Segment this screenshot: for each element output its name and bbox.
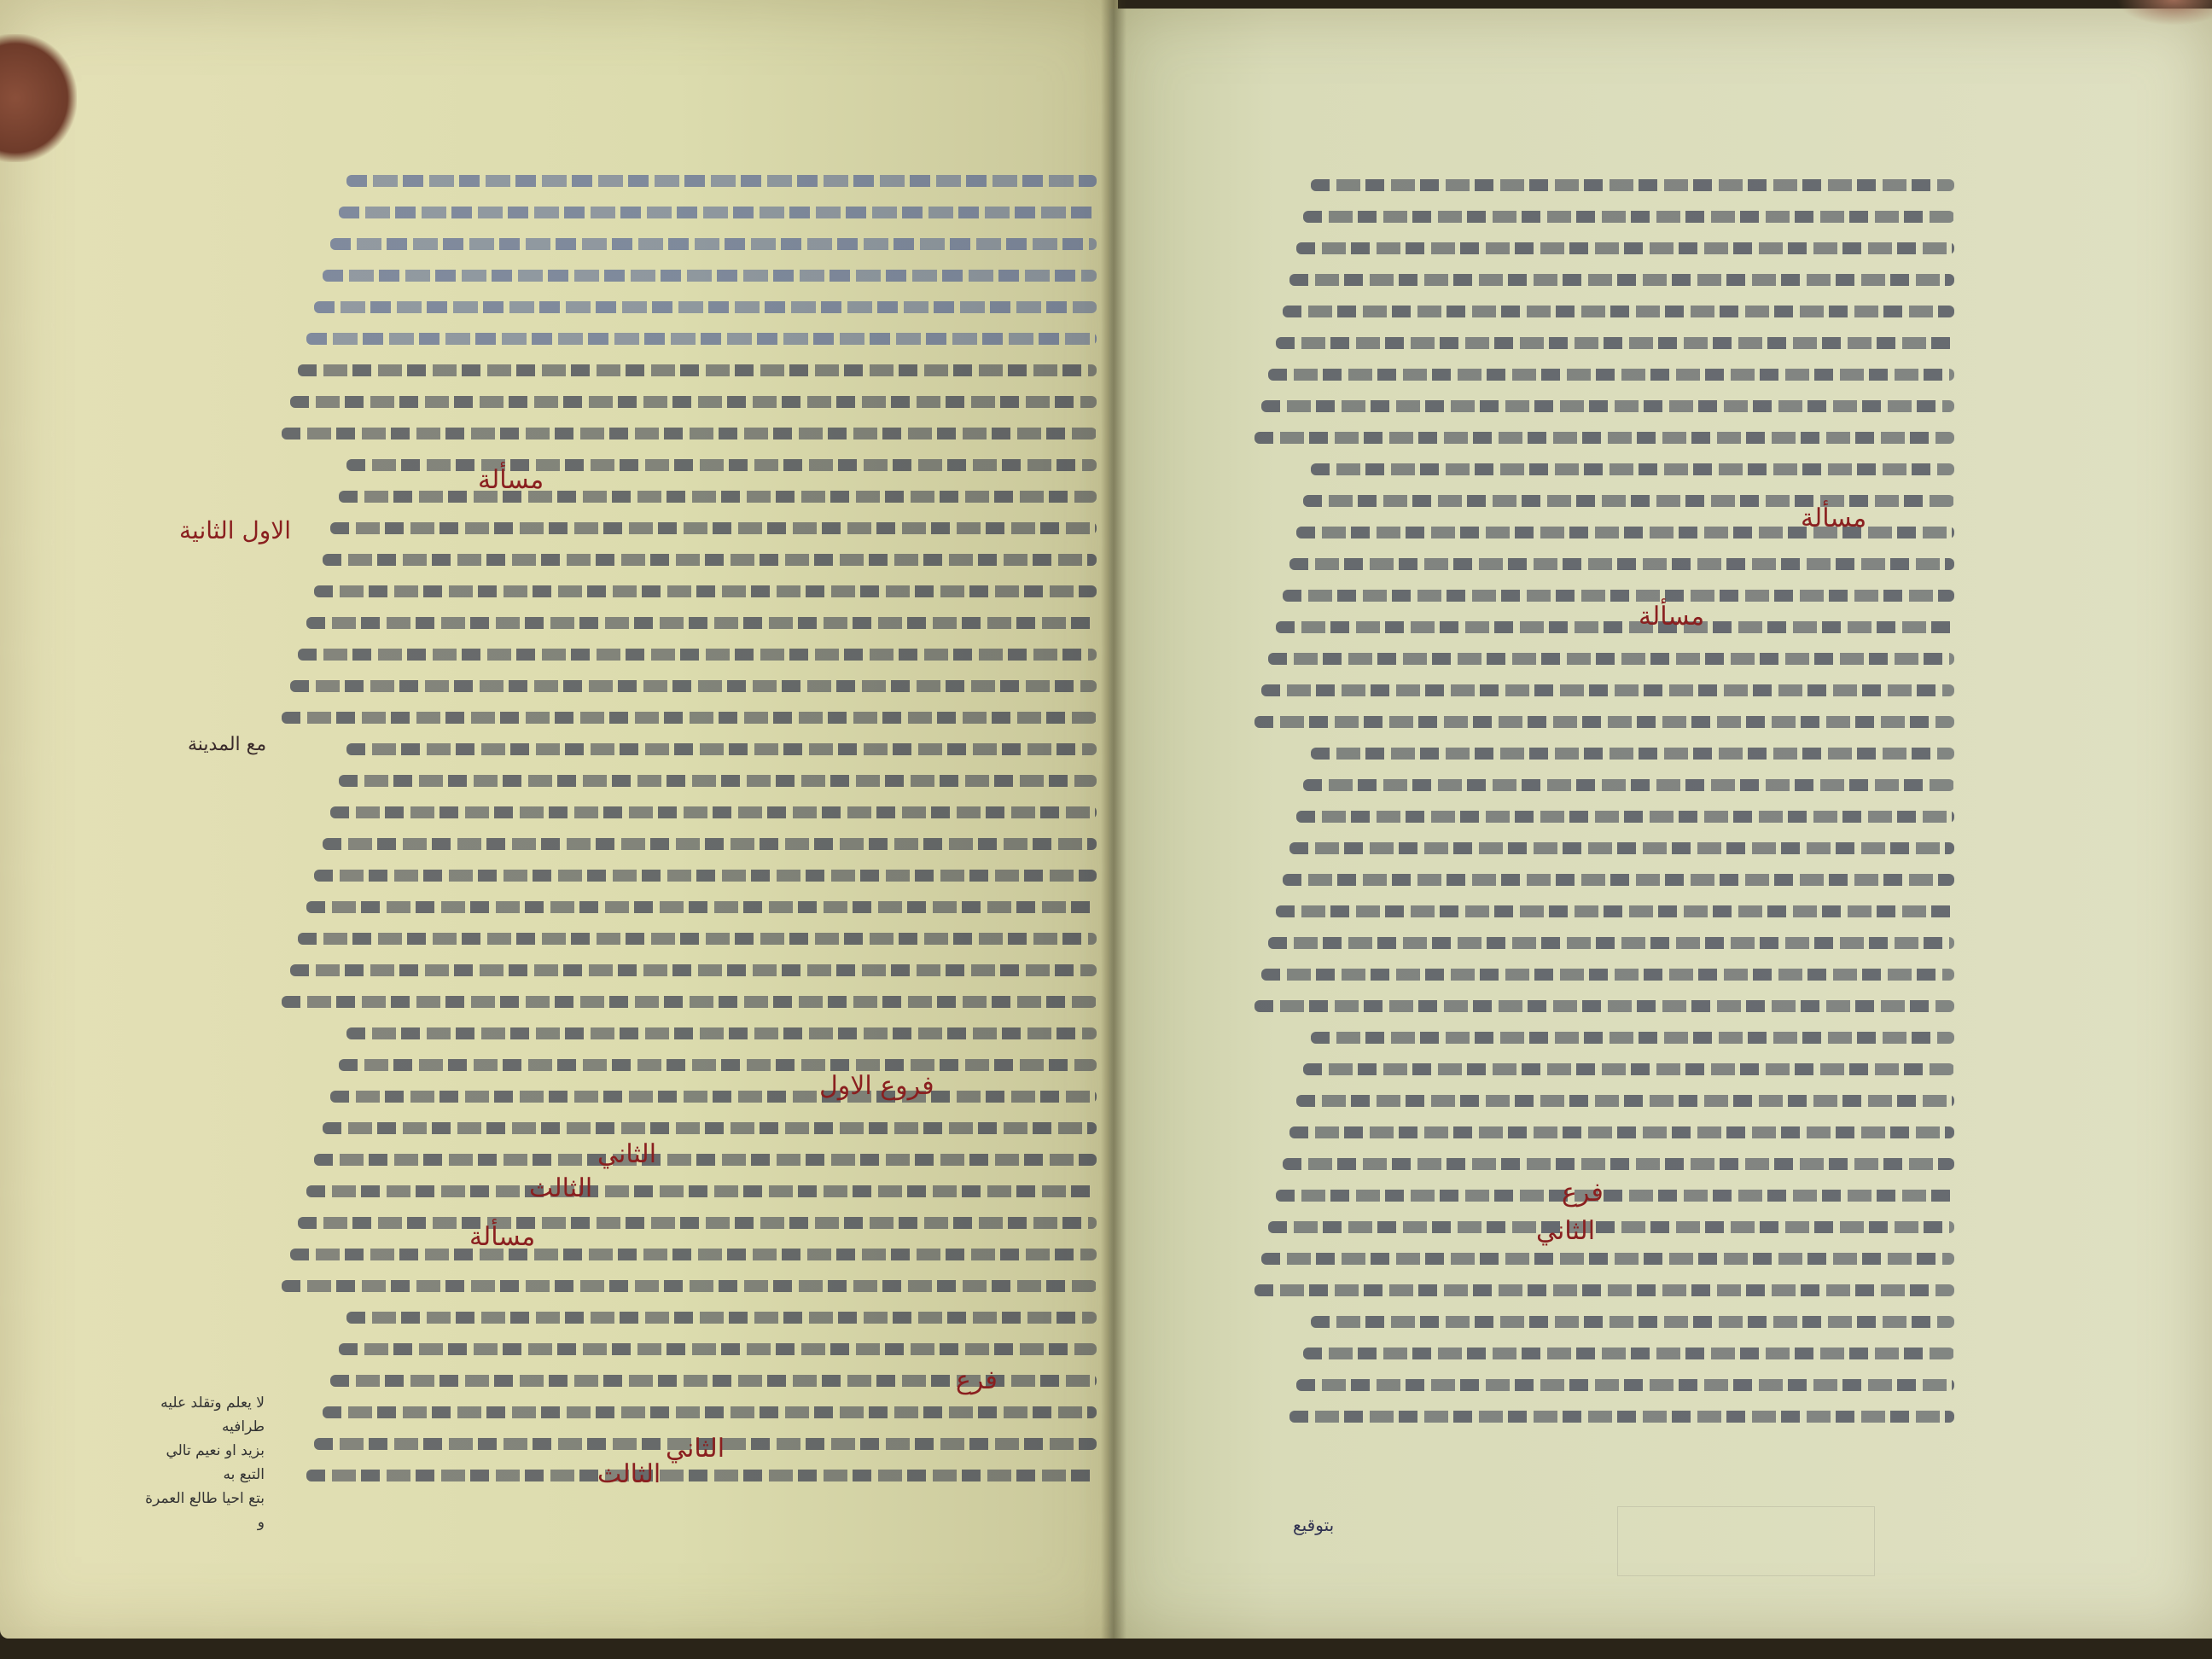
text-line bbox=[1254, 1000, 1954, 1012]
text-line bbox=[330, 238, 1097, 250]
margin-note-rubric: الاول الثانية bbox=[179, 516, 291, 544]
text-line bbox=[1311, 1032, 1954, 1044]
text-line bbox=[1311, 463, 1954, 475]
text-line bbox=[346, 459, 1097, 471]
text-line bbox=[306, 333, 1097, 345]
rubric-heading: فروع الاول bbox=[819, 1071, 934, 1101]
text-line bbox=[290, 1249, 1097, 1260]
text-line bbox=[1276, 905, 1954, 917]
text-line bbox=[1311, 748, 1954, 760]
text-line bbox=[1254, 1284, 1954, 1296]
text-line bbox=[282, 1280, 1097, 1292]
text-line bbox=[1261, 400, 1954, 412]
text-line bbox=[298, 364, 1097, 376]
text-line bbox=[314, 1154, 1097, 1166]
text-line bbox=[306, 901, 1097, 913]
text-line bbox=[1311, 1316, 1954, 1328]
margin-note-line: بتع احيا طالع العمرة و bbox=[145, 1487, 265, 1534]
rubric-heading: مسألة bbox=[469, 1222, 535, 1252]
right-page-text-block bbox=[1254, 179, 1954, 1459]
text-line bbox=[1254, 432, 1954, 444]
rubric-heading: مسألة bbox=[478, 465, 544, 495]
text-line bbox=[323, 270, 1097, 282]
text-line bbox=[1276, 337, 1954, 349]
text-line bbox=[1261, 1253, 1954, 1265]
text-line bbox=[1276, 621, 1954, 633]
text-line bbox=[1289, 1411, 1954, 1423]
rubric-heading: الثالث bbox=[597, 1459, 661, 1489]
text-line bbox=[290, 396, 1097, 408]
text-line bbox=[314, 585, 1097, 597]
text-line bbox=[314, 870, 1097, 882]
rubric-heading: فرع bbox=[956, 1365, 998, 1395]
text-line bbox=[330, 522, 1097, 534]
text-line bbox=[298, 649, 1097, 661]
rubric-heading: الثالث bbox=[529, 1173, 592, 1203]
margin-note: مع المدينة bbox=[188, 734, 266, 755]
text-line bbox=[346, 175, 1097, 187]
text-line bbox=[339, 491, 1097, 503]
text-line bbox=[339, 1343, 1097, 1355]
rubric-heading: مسألة bbox=[1639, 602, 1704, 632]
catchword: بتوقيع bbox=[1293, 1515, 1334, 1535]
text-line bbox=[1296, 1379, 1954, 1391]
margin-note-line: بزيد او نعيم تالي التبع به bbox=[145, 1439, 265, 1487]
text-line bbox=[1254, 716, 1954, 728]
text-line bbox=[1303, 1063, 1954, 1075]
text-line bbox=[1289, 1126, 1954, 1138]
book-gutter bbox=[1101, 0, 1126, 1639]
rubric-heading: الثاني bbox=[1536, 1216, 1595, 1246]
text-line bbox=[1283, 874, 1954, 886]
text-line bbox=[346, 1027, 1097, 1039]
text-line bbox=[290, 964, 1097, 976]
text-line bbox=[314, 301, 1097, 313]
text-line bbox=[1311, 179, 1954, 191]
text-line bbox=[1261, 969, 1954, 981]
text-line bbox=[346, 1312, 1097, 1324]
text-line bbox=[1296, 242, 1954, 254]
text-line bbox=[1268, 369, 1954, 381]
faint-stamp-area bbox=[1617, 1506, 1875, 1576]
text-line bbox=[339, 775, 1097, 787]
rubric-heading: فرع bbox=[1562, 1178, 1604, 1208]
text-line bbox=[323, 1406, 1097, 1418]
text-line bbox=[1261, 684, 1954, 696]
text-line bbox=[282, 428, 1097, 439]
text-line bbox=[1296, 1095, 1954, 1107]
text-line bbox=[1303, 779, 1954, 791]
text-line bbox=[1268, 937, 1954, 949]
rubric-heading: الثاني bbox=[597, 1139, 656, 1169]
text-line bbox=[1283, 1158, 1954, 1170]
text-line bbox=[1303, 1348, 1954, 1359]
left-page-text-block bbox=[282, 175, 1097, 1515]
text-line bbox=[1283, 306, 1954, 317]
text-line bbox=[323, 1122, 1097, 1134]
text-line bbox=[1289, 558, 1954, 570]
text-line bbox=[282, 712, 1097, 724]
text-line bbox=[339, 207, 1097, 218]
text-line bbox=[323, 838, 1097, 850]
text-line bbox=[330, 1091, 1097, 1103]
text-line bbox=[1289, 274, 1954, 286]
rubric-heading: الثاني bbox=[666, 1434, 725, 1464]
text-line bbox=[346, 743, 1097, 755]
text-line bbox=[298, 933, 1097, 945]
text-line bbox=[1303, 211, 1954, 223]
text-line bbox=[339, 1059, 1097, 1071]
manuscript-spread: الاول الثانية مع المدينة مسألة فروع الاو… bbox=[0, 0, 2212, 1659]
text-line bbox=[306, 617, 1097, 629]
text-line bbox=[306, 1470, 1097, 1481]
text-line bbox=[1296, 811, 1954, 823]
text-line bbox=[323, 554, 1097, 566]
holding-finger-left bbox=[0, 34, 77, 162]
text-line bbox=[282, 996, 1097, 1008]
bottom-margin-note: لا يعلم وتقلد عليه طرافيه بزيد او نعيم ت… bbox=[145, 1391, 265, 1534]
text-line bbox=[298, 1217, 1097, 1229]
text-line bbox=[290, 680, 1097, 692]
text-line bbox=[330, 806, 1097, 818]
holding-finger-right bbox=[2116, 0, 2212, 26]
text-line bbox=[1283, 590, 1954, 602]
text-line bbox=[1276, 1190, 1954, 1202]
text-line bbox=[1289, 842, 1954, 854]
text-line bbox=[306, 1185, 1097, 1197]
text-line bbox=[1268, 1221, 1954, 1233]
rubric-heading: مسألة bbox=[1801, 504, 1866, 533]
text-line bbox=[1268, 653, 1954, 665]
margin-note-line: لا يعلم وتقلد عليه طرافيه bbox=[145, 1391, 265, 1439]
